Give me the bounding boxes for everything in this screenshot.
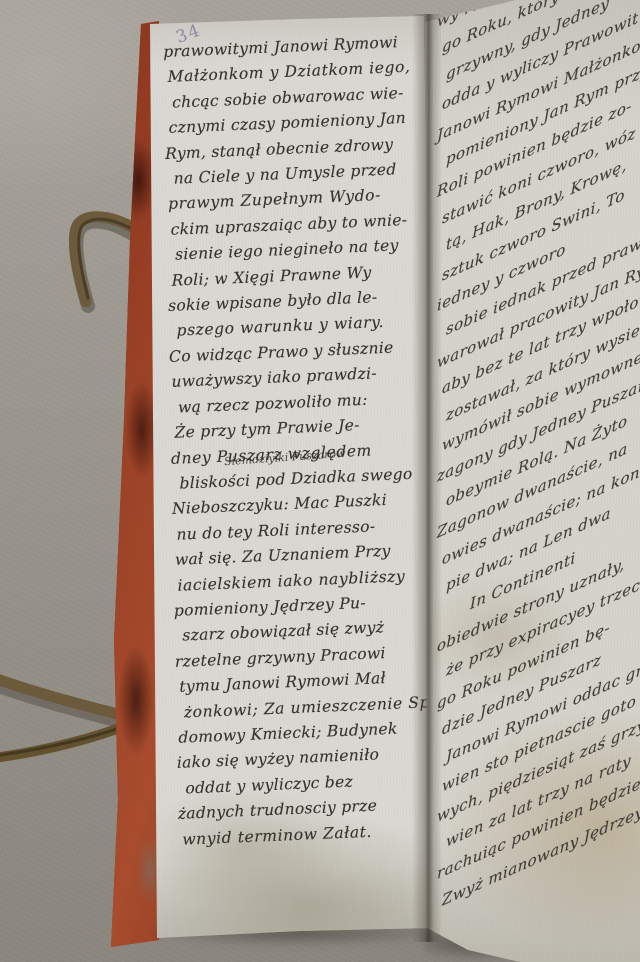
leather-tie-bottom-detail — [0, 725, 128, 756]
leather-tie-bottom-loop — [0, 724, 130, 758]
handwritten-text-right: wy rachuiącgo Roku, którygrzywny, gdy Je… — [437, 0, 640, 917]
handwritten-text-left: prawowitymi Janowi RymowiMałżonkom y Dzi… — [163, 29, 436, 853]
leather-tie-top-icon — [74, 217, 134, 302]
tie-shadow-2 — [0, 685, 134, 725]
leather-tie-bottom-icon — [0, 678, 132, 718]
tie-shadow — [76, 222, 136, 306]
photo-background: 34 prawowitymi Janowi RymowiMałżonkom y … — [0, 0, 640, 962]
leather-tie-top-detail — [79, 219, 132, 298]
